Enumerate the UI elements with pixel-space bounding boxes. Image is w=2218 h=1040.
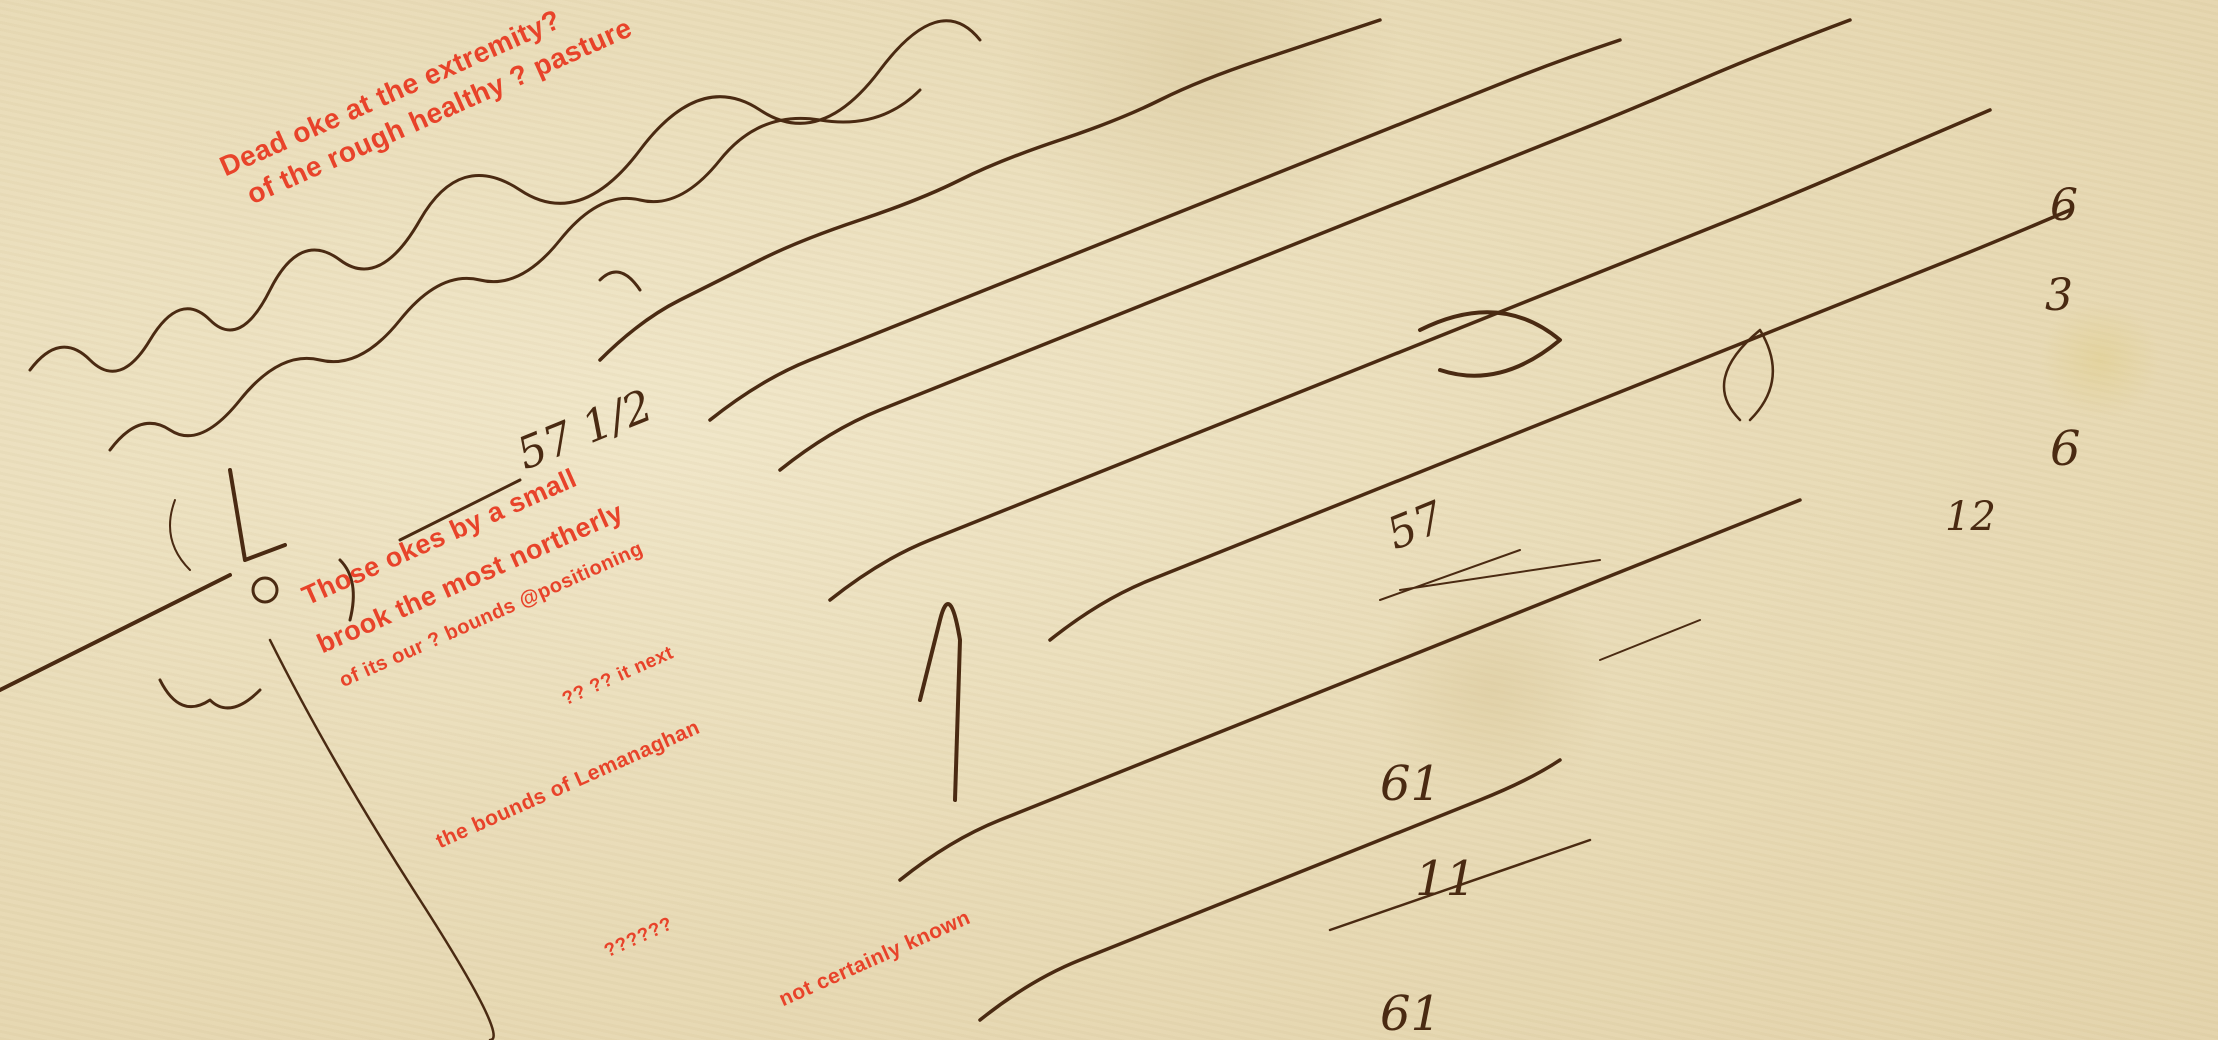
svg-text:57: 57 [1380,492,1451,560]
svg-text:6: 6 [2050,180,2078,231]
svg-text:6: 6 [2050,421,2081,477]
fraction-57-half: 57 1/2 [510,380,660,480]
svg-text:12: 12 [1945,494,1996,540]
svg-text:11: 11 [1415,851,1476,907]
svg-text:61: 61 [1380,986,1441,1040]
svg-text:3: 3 [2045,270,2073,321]
svg-text:61: 61 [1380,756,1441,812]
